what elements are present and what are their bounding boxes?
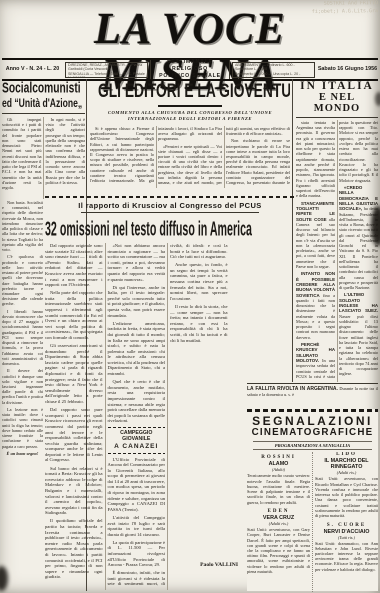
ink-smudge bbox=[375, 92, 380, 106]
cinema-listing: ROSSINI ALAMO (Adulti) Tecnicamente molt… bbox=[247, 455, 310, 504]
article-headline: GLI EDITORI E LA GIOVENTU' bbox=[98, 80, 282, 102]
cinema-name: S. CUORE bbox=[315, 523, 378, 528]
article-body: Gli impegni sottoscritti e i patti di co… bbox=[2, 117, 85, 199]
news-item: L'ULTIMO SOLDATO INGLESE HA LASCIATO SUE… bbox=[339, 292, 378, 376]
author-signature: Paolo VALLINI bbox=[158, 562, 238, 568]
article-socialcomunisti: Socialcomunisti ed “Unità d'Azione„ Gli … bbox=[2, 80, 85, 199]
subtitle-line: POLITICO SOCIALE bbox=[153, 73, 227, 80]
paragraph: Dal rapporto sono pure scomparsi i passi… bbox=[45, 407, 103, 463]
cinema-listings: ROSSINI ALAMO (Adulti) Tecnicamente molt… bbox=[247, 452, 378, 593]
film-title: IL MARCHIO DEL RINNEGATO bbox=[315, 458, 378, 470]
news-argentina: LA FALLITA RIVOLTA IN ARGENTINA. Durante… bbox=[247, 383, 378, 410]
cinema-box-title: SEGNALAZIONI bbox=[247, 415, 378, 428]
cinema-name: ROSSINI bbox=[247, 455, 310, 460]
paragraph: In ogni modo, si è visto che l'attività … bbox=[46, 117, 86, 185]
paragraph: Non basta. Socialisti e comunisti, nel r… bbox=[2, 200, 43, 252]
notice-title: CAMPEGGIO GIOVANILE bbox=[108, 430, 166, 443]
film-rating: (Tutti ris.) bbox=[315, 535, 378, 540]
paragraph: Sul banco dei relatori si è tornati a Be… bbox=[45, 466, 103, 516]
film-rating: (Adulti ris.) bbox=[247, 521, 310, 526]
cinema-box-title-line2: CINEMATOGRAFICHE bbox=[247, 428, 378, 439]
newspaper-front-page: SOSTKRI And FRITTO fi;obet;) A.G.Lits.Gr… bbox=[0, 0, 380, 593]
closing-line: È un buon segno! bbox=[2, 451, 43, 456]
campeggio-notice-header: CAMPEGGIO GIOVANILE A CANAZEI bbox=[108, 427, 166, 454]
news-item: INTANTO NON È POSSIBILE CREDERE ALLA BUO… bbox=[296, 271, 335, 340]
paragraph: L'attività del Campeggio avrà inizio l'8… bbox=[108, 515, 166, 537]
news-lead: LA FALLITA RIVOLTA IN ARGENTINA. bbox=[247, 386, 338, 392]
section-headline: IN ITALIA bbox=[296, 80, 378, 92]
masthead-infobar: Anno V - N. 24 - L. 20 DIREZIONE, REDAZ.… bbox=[2, 58, 378, 81]
film-rating: (Adulti ris.) bbox=[315, 470, 378, 475]
paragraph: Gli impegni sottoscritti e i patti di co… bbox=[2, 117, 42, 190]
cinema-box-subtitle: PROGRAMMAZIONI A SENIGALLIA bbox=[253, 441, 372, 450]
news-text: alla Camera nel suo discorso sul bilanci… bbox=[296, 217, 335, 269]
news-text: Nasser può dirsi soddisfatto: il 13 giug… bbox=[339, 314, 378, 377]
article-body: Si è appena chiuso a Firenze il quattord… bbox=[90, 126, 290, 188]
film-rating: (Adulti) bbox=[247, 467, 310, 472]
dashed-rule bbox=[108, 427, 166, 428]
article-socialcomunisti-continued: Non basta. Socialisti e comunisti, nel r… bbox=[2, 200, 43, 590]
news-lead: L'ULTIMO SOLDATO INGLESE HA LASCIATO SUE… bbox=[339, 292, 378, 313]
dashed-rule bbox=[108, 453, 166, 454]
section-body: stata tentata in Argentina una rivolta p… bbox=[296, 120, 378, 382]
ink-smudge bbox=[371, 206, 380, 246]
paragraph: La quota di partecipazione è di L. 11.50… bbox=[108, 540, 166, 568]
address-box: DIREZIONE, REDAZ., AMMINISTR. — Piazza G… bbox=[65, 62, 148, 78]
cinema-name: EDEN bbox=[247, 509, 310, 514]
subscription-line: ABBONAMENTI — Ordinario L. 600 - Sosteni… bbox=[235, 63, 312, 72]
divider-rule bbox=[158, 105, 222, 107]
issue-number: Anno V - N. 24 - L. 20 bbox=[2, 60, 63, 79]
paragraph: L'Ufficio Provinciale di Ancona del Comm… bbox=[108, 457, 166, 513]
paragraph: C'è qualcosa di profondo e concreto nell… bbox=[2, 254, 43, 306]
dashed-rule bbox=[247, 409, 378, 412]
paragraph: L'edizione americana, tradotta in fretta… bbox=[108, 321, 166, 377]
divider-rule bbox=[2, 113, 85, 114]
film-review: Tecnicamente molto curato western: notev… bbox=[247, 473, 310, 504]
address-line: DIREZIONE, REDAZ., AMMINISTR. — Piazza G… bbox=[68, 63, 145, 72]
divider-rule bbox=[81, 212, 259, 213]
dashed-rule bbox=[45, 196, 295, 198]
article-headline: 32 omissioni nel testo diffuso in Americ… bbox=[45, 217, 250, 240]
subscription-line: Benemerito L. 2.000 — Una copia L. 20 - … bbox=[235, 72, 312, 78]
cinema-name: LIDO bbox=[315, 452, 378, 457]
news-text: stata tentata in Argentina una rivolta p… bbox=[296, 120, 335, 198]
article-subtitle: INTERNAZIONALE DEGLI EDITORI A FIRENZE bbox=[90, 116, 290, 122]
section-headline-line2: E NEL MONDO bbox=[296, 92, 378, 118]
article-headline-line2: ed “Unità d'Azione„ bbox=[2, 97, 67, 110]
paragraph: La lezione non è stata inutile: dove i c… bbox=[2, 407, 43, 449]
film-review: Stati Uniti: avventuroso, con Gary Coope… bbox=[247, 527, 310, 574]
film-title: NERVI D'ACCIAIO bbox=[315, 529, 378, 535]
issue-date: Sabato 16 Giugno 1956 bbox=[317, 60, 378, 79]
paragraph: Quel che è certo è che il documento, anc… bbox=[108, 379, 166, 424]
paragraph: Il quotidiano ufficiale del partito ha t… bbox=[45, 518, 103, 580]
paragraph: Il dovere dei cattolici è dunque uno sol… bbox=[2, 368, 43, 405]
news-item: STANCAMENTE TOGLIATTI RIPETE LE SOLITE C… bbox=[296, 201, 335, 270]
article-kicker: Il rapporto di Krusciov al Congresso del… bbox=[45, 201, 295, 210]
news-text: fino a quando i fatti non dimostrino che… bbox=[296, 293, 335, 340]
cinema-listing: LIDO IL MARCHIO DEL RINNEGATO (Adulti ri… bbox=[315, 452, 378, 518]
paragraph: Il resto lo dirà la storia, che — come s… bbox=[170, 304, 228, 343]
film-review: Stati Uniti: drammatico, con Ann Sebasti… bbox=[315, 541, 378, 572]
subtitle-line: SETTIMANALE RELIGIOSO bbox=[153, 59, 227, 73]
article-editori-gioventu: GLI EDITORI E LA GIOVENTU' COMMENTO ALLA… bbox=[90, 80, 290, 195]
paragraph: Nella parte del rapporto che tratta dell… bbox=[45, 290, 103, 340]
paragraph: «Noi non abbiamo ancora rinunciato a rag… bbox=[108, 243, 166, 282]
paragraph: Anche questo, in fondo, è un segno dei t… bbox=[170, 262, 228, 301]
notice-title-line2: A CANAZEI bbox=[108, 443, 166, 451]
cinema-listing: S. CUORE NERVI D'ACCIAIO (Tutti ris.) St… bbox=[315, 523, 378, 572]
news-item: stata tentata in Argentina una rivolta p… bbox=[296, 120, 335, 199]
paragraph: I liberali hanno dovuto riconoscere che … bbox=[2, 309, 43, 367]
paragraph: Gli osservatori americani si domandano p… bbox=[45, 343, 103, 405]
film-review: Stati Uniti: avventuroso, con Ricardo Mo… bbox=[315, 476, 378, 518]
address-line: SENIGALLIA — Telefono 23-68 — C. C. Post… bbox=[68, 72, 145, 78]
subscription-box: ABBONAMENTI — Ordinario L. 600 - Sosteni… bbox=[232, 62, 315, 78]
paragraph: Di qui l'interesse, anche in Italia, per… bbox=[108, 285, 166, 319]
cinema-listing: EDEN VERA CRUZ (Adulti ris.) Stati Uniti… bbox=[247, 509, 310, 574]
weekly-subtitle: SETTIMANALE RELIGIOSO POLITICO SOCIALE bbox=[150, 60, 230, 79]
section-italia-e-nel-mondo: IN ITALIA E NEL MONDO stata tentata in A… bbox=[296, 80, 378, 382]
article-headline: Socialcomunisti bbox=[2, 80, 70, 96]
paragraph: Dal rapporto originale sono state scarta… bbox=[45, 243, 103, 288]
article-omissioni-header: Il rapporto di Krusciov al Congresso del… bbox=[45, 196, 295, 232]
cinema-listings-box: SEGNALAZIONI CINEMATOGRAFICHE PROGRAMMAZ… bbox=[247, 409, 378, 591]
